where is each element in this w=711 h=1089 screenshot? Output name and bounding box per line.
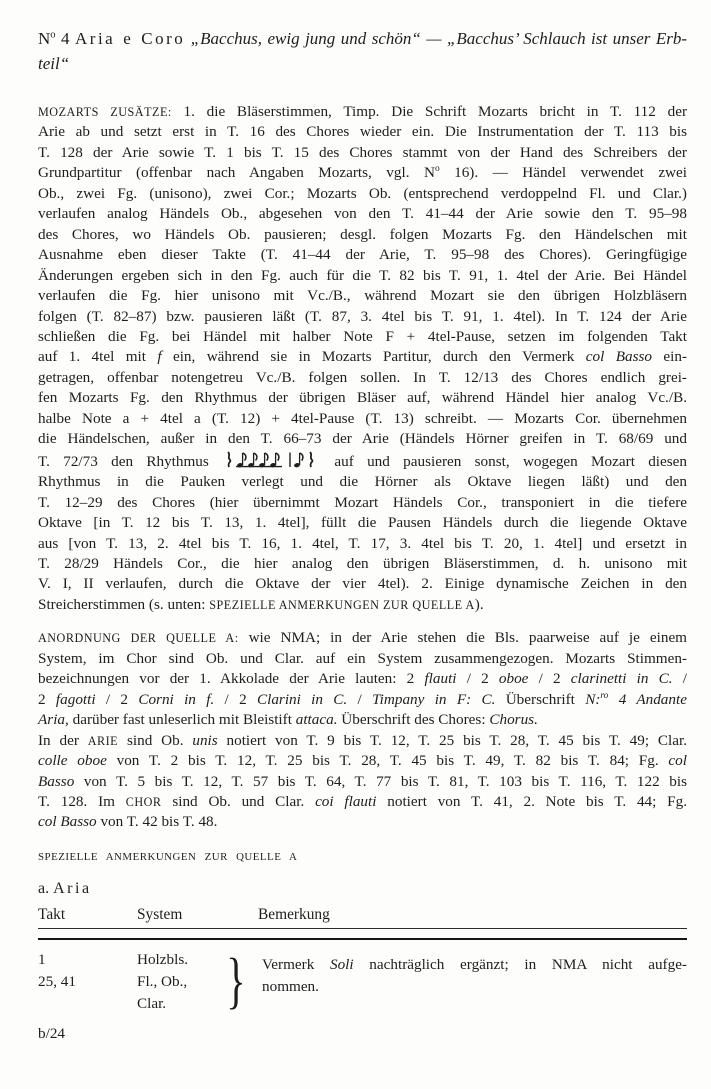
text-segment: Überschrift (495, 691, 585, 708)
text-segment: bezeichnungen vor der 1. Akkolade der Ar… (38, 670, 424, 687)
text-segment: SPEZIELLE ANMERKUNGEN ZUR QUELLE A (38, 851, 297, 863)
text-line: T. 28/29 Händels Cor., die hier analog d… (38, 554, 687, 574)
text-segment: col Basso (586, 348, 652, 365)
text-line: fen Mozarts Fg. den Rhythmus der übrigen… (38, 388, 687, 408)
document-title: No 4 Aria e Coro „Bacchus, ewig jung und… (38, 26, 687, 76)
text-line: Rhythmus in die Pauken verlegt und die H… (38, 472, 687, 492)
text-segment: von T. 5 bis T. 12, T. 57 bis T. 64, T. … (74, 773, 687, 790)
text-segment: T. 128. Im (38, 793, 126, 810)
text-segment: Rhythmus in die Pauken verlegt und die H… (38, 473, 687, 490)
text-segment: T. 72/73 den Rhythmus (38, 453, 222, 470)
text-segment: von T. 42 bis T. 48. (97, 813, 218, 830)
text-segment: Ob., zwei Fg. (unisono), zwei Cor.; Moza… (38, 185, 687, 202)
text-segment: 2 (38, 691, 56, 708)
text-line: T. 128 der Arie sowie T. 1 bis T. 15 des… (38, 143, 687, 163)
page-footer-signature: b/24 (38, 1025, 687, 1043)
text-line: System, im Chor sind Ob. und Clar. auf e… (38, 649, 687, 669)
section-subheading-aria: a. Aria (38, 879, 687, 899)
text-segment: folgen (T. 82–87) bzw. pausieren läßt (T… (38, 308, 687, 325)
text-line: aus [von T. 13, 2. 4tel bis T. 16, 1. 4t… (38, 534, 687, 554)
text-line: teil“ (38, 51, 687, 76)
text-segment: Grundpartitur (offenbar nach Angaben Moz… (38, 164, 435, 181)
text-segment: Arie ab und setzt erst in T. 16 des Chor… (38, 123, 687, 140)
text-segment: / 2 (457, 670, 499, 687)
cell-system: Holzbls.Fl., Ob.,Clar. (137, 949, 209, 1014)
text-segment: nommen. (262, 978, 319, 995)
text-line: No 4 Aria e Coro „Bacchus, ewig jung und… (38, 26, 687, 51)
text-segment: Aria e Coro (75, 29, 185, 48)
text-segment: 4 (56, 29, 75, 48)
text-segment: V. I, II verlaufen, durch die Oktave der… (38, 575, 687, 592)
text-segment: teil“ (38, 54, 69, 73)
text-segment: Aria, (38, 711, 69, 728)
text-line: Vermerk Soli nachträglich ergänzt; in NM… (262, 954, 687, 976)
text-segment: 1. die Bläserstimmen, Timp. Die Schrift … (172, 103, 687, 120)
text-line: Streicherstimmen (s. unten: SPEZIELLE AN… (38, 595, 687, 615)
scanned-document-page: No 4 Aria e Coro „Bacchus, ewig jung und… (0, 0, 711, 1089)
text-line: V. I, II verlaufen, durch die Oktave der… (38, 574, 687, 594)
text-segment: / (347, 691, 372, 708)
text-segment: Überschrift des Chores: (338, 711, 490, 728)
text-segment: Aria (53, 880, 91, 897)
text-segment: die Händelschen, außer in den T. 66–73 d… (38, 430, 687, 447)
text-segment: / 2 (96, 691, 139, 708)
text-line: col Basso von T. 42 bis T. 48. (38, 812, 687, 832)
table-header-row: Takt System Bemerkung (38, 907, 687, 923)
text-segment: 16). — Händel verwendet zwei (440, 164, 687, 181)
rhythm-notation-icon (224, 450, 319, 470)
text-segment: N (38, 29, 50, 48)
text-line: Clar. (137, 993, 209, 1015)
text-segment: darüber fast unleserlich mit Bleistift (69, 711, 296, 728)
text-segment: aus [von T. 13, 2. 4tel bis T. 16, 1. 4t… (38, 535, 687, 552)
text-segment: ). (475, 596, 484, 613)
cell-takt: 125, 41 (38, 949, 137, 1014)
section-heading-spezielle-anmerkungen: SPEZIELLE ANMERKUNGEN ZUR QUELLE A (38, 847, 687, 866)
text-line: 2 fagotti / 2 Corni in f. / 2 Clarini in… (38, 690, 687, 710)
text-segment: Timpany in F: C. (372, 691, 495, 708)
text-segment: flauti (424, 670, 456, 687)
text-segment: T. 28/29 Händels Cor., die hier analog d… (38, 555, 687, 572)
text-segment: wie NMA; in der Arie stehen die Bls. paa… (239, 629, 687, 646)
text-segment: Clar. (137, 995, 166, 1012)
text-segment: Clarini in C. (257, 691, 347, 708)
text-line: Oktave [in T. 12 bis T. 13, 1. 4tel], fü… (38, 513, 687, 533)
text-segment: sind Ob. (118, 732, 192, 749)
text-line: T. 12–29 des Chores (hier übernimmt Moza… (38, 493, 687, 513)
text-segment: Chorus. (489, 711, 538, 728)
text-line: verlaufen die Fg. hier unisono mit Vc./B… (38, 286, 687, 306)
text-segment: Fl., Ob., (137, 973, 187, 990)
text-line: Grundpartitur (offenbar nach Angaben Moz… (38, 163, 687, 183)
table-rule-thick (38, 938, 687, 941)
column-header-system: System (137, 907, 258, 923)
text-segment: coi flauti (315, 793, 376, 810)
text-segment: ein, während sie in Mozarts Partitur, du… (162, 348, 586, 365)
text-line: Ob., zwei Fg. (unisono), zwei Cor.; Moza… (38, 184, 687, 204)
text-segment: Corni in f. (138, 691, 214, 708)
text-segment: MOZARTS ZUSÄTZE: (38, 105, 172, 119)
text-segment: / 2 (528, 670, 570, 687)
text-segment: a. (38, 880, 53, 897)
text-segment: Soli (330, 956, 354, 973)
text-segment: verlaufen analog Händels Ob., abgesehen … (38, 205, 687, 222)
system-group-brace: } (209, 949, 262, 1014)
text-line: colle oboe von T. 2 bis T. 12, T. 25 bis… (38, 751, 687, 771)
text-segment: / (673, 670, 687, 687)
text-segment: ARIE (88, 734, 118, 748)
text-line: Ausnahme eben dieser Takte (T. 41–44 der… (38, 245, 687, 265)
text-segment: Änderungen ergeben sich in den Fg. auch … (38, 267, 687, 284)
text-line: Fl., Ob., (137, 971, 209, 993)
table-row: 125, 41 Holzbls.Fl., Ob.,Clar. } Vermerk… (38, 949, 687, 1014)
text-segment: CHOR (126, 795, 162, 809)
text-line: nommen. (262, 976, 687, 998)
text-segment: col (668, 752, 687, 769)
text-segment: Ausnahme eben dieser Takte (T. 41–44 der… (38, 246, 687, 263)
text-line: ANORDNUNG DER QUELLE A: wie NMA; in der … (38, 628, 687, 648)
text-line: Arie ab und setzt erst in T. 16 des Chor… (38, 122, 687, 142)
text-segment: / 2 (214, 691, 257, 708)
text-segment: 4 Andante (608, 691, 687, 708)
paragraph-mozarts-zusaetze: MOZARTS ZUSÄTZE: 1. die Bläserstimmen, T… (38, 102, 687, 615)
text-segment: N: (585, 691, 600, 708)
text-segment: T. 128 der Arie sowie T. 1 bis T. 15 des… (38, 144, 687, 161)
text-line: halbe Note a + 4tel a (T. 12) + 4tel-Pau… (38, 409, 687, 429)
text-line: Basso von T. 5 bis T. 12, T. 57 bis T. 6… (38, 772, 687, 792)
text-segment: verlaufen die Fg. hier unisono mit Vc./B… (38, 287, 687, 304)
text-segment: Vermerk (262, 956, 330, 973)
text-segment: „Bacchus, ewig jung und schön“ — „Bacchu… (191, 29, 687, 48)
text-segment: nachträglich ergänzt; in NMA nicht aufge… (354, 956, 687, 973)
text-segment: clarinetti in C. (571, 670, 673, 687)
text-segment: sind Ob. und Clar. (162, 793, 316, 810)
text-line: schließen die Fg. bei Händel mit halber … (38, 327, 687, 347)
text-line: Aria, darüber fast unleserlich mit Bleis… (38, 710, 687, 730)
text-line: verlaufen analog Händels Ob., abgesehen … (38, 204, 687, 224)
text-segment: oboe (499, 670, 529, 687)
text-segment: von T. 2 bis T. 12, T. 25 bis T. 28, T. … (107, 752, 669, 769)
paragraph-anordnung-der-quelle-a: ANORDNUNG DER QUELLE A: wie NMA; in der … (38, 628, 687, 833)
text-segment: Holzbls. (137, 951, 188, 968)
text-segment: Oktave [in T. 12 bis T. 13, 1. 4tel], fü… (38, 514, 687, 531)
text-segment: Streicherstimmen (s. unten: (38, 596, 209, 613)
text-line: folgen (T. 82–87) bzw. pausieren läßt (T… (38, 307, 687, 327)
text-segment: 25, 41 (38, 973, 76, 990)
text-line: Änderungen ergeben sich in den Fg. auch … (38, 266, 687, 286)
text-line: bezeichnungen vor der 1. Akkolade der Ar… (38, 669, 687, 689)
text-segment: ANORDNUNG DER QUELLE A: (38, 631, 239, 645)
text-line: die Händelschen, außer in den T. 66–73 d… (38, 429, 687, 449)
text-segment: auf und pausieren sonst, wogegen Mozart … (321, 453, 687, 470)
text-line: des Chores, wo Händels Ob. pausieren; de… (38, 225, 687, 245)
text-segment: unis (192, 732, 217, 749)
text-segment: T. 12–29 des Chores (hier übernimmt Moza… (38, 494, 687, 511)
text-segment: getragen, offenbar notengetreu Vc./B. fo… (38, 369, 687, 386)
text-segment: des Chores, wo Händels Ob. pausieren; de… (38, 226, 687, 243)
text-line: auf 1. 4tel mit f ein, während sie in Mo… (38, 347, 687, 367)
text-line: 1 (38, 949, 137, 971)
text-line: Holzbls. (137, 949, 209, 971)
table-rule-thin (38, 928, 687, 929)
text-segment: auf 1. 4tel mit (38, 348, 157, 365)
column-header-takt: Takt (38, 907, 137, 923)
text-line: In der ARIE sind Ob. unis notiert von T.… (38, 731, 687, 751)
text-segment: col Basso (38, 813, 97, 830)
text-line: MOZARTS ZUSÄTZE: 1. die Bläserstimmen, T… (38, 102, 687, 122)
text-segment: ein- (652, 348, 687, 365)
text-line: 25, 41 (38, 971, 137, 993)
text-line: T. 128. Im CHOR sind Ob. und Clar. coi f… (38, 792, 687, 812)
text-segment: SPEZIELLE ANMERKUNGEN ZUR QUELLE A (209, 598, 475, 612)
text-segment: fen Mozarts Fg. den Rhythmus der übrigen… (38, 389, 687, 406)
brace-glyph: } (226, 949, 245, 1013)
text-segment: halbe Note a + 4tel a (T. 12) + 4tel-Pau… (38, 410, 687, 427)
text-segment: In der (38, 732, 88, 749)
text-segment: schließen die Fg. bei Händel mit halber … (38, 328, 687, 345)
column-header-bemerkung: Bemerkung (258, 907, 687, 923)
cell-bemerkung: Vermerk Soli nachträglich ergänzt; in NM… (262, 949, 687, 1014)
text-segment: attaca. (296, 711, 338, 728)
text-line: getragen, offenbar notengetreu Vc./B. fo… (38, 368, 687, 388)
text-segment: System, im Chor sind Ob. und Clar. auf e… (38, 650, 687, 667)
text-segment: notiert von T. 41, 2. Note bis T. 44; Fg… (376, 793, 687, 810)
text-segment: Basso (38, 773, 74, 790)
text-segment: notiert von T. 9 bis T. 12, T. 25 bis T.… (218, 732, 687, 749)
text-line: T. 72/73 den Rhythmus auf und pausieren … (38, 450, 687, 472)
text-segment: 1 (38, 951, 46, 968)
text-segment: colle oboe (38, 752, 107, 769)
text-segment: fagotti (56, 691, 96, 708)
